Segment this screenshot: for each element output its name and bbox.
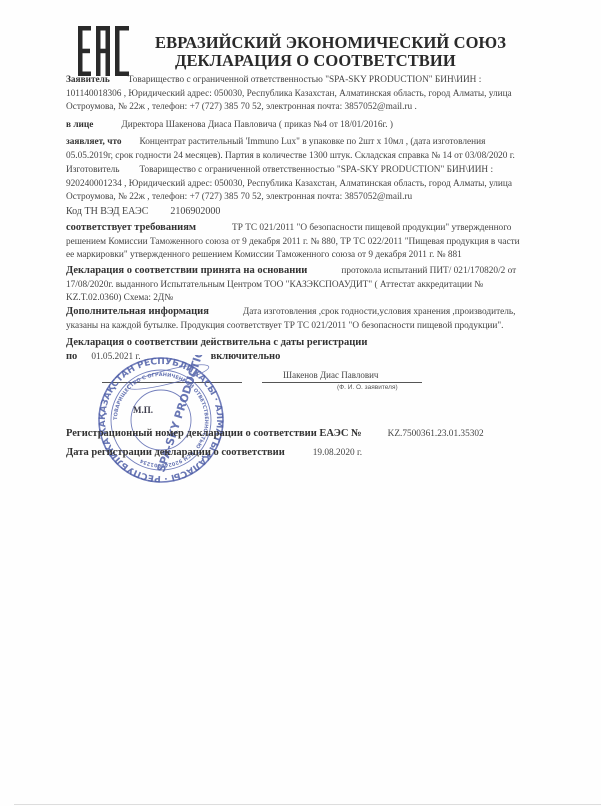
basis-label: Декларация о соответствии принята на осн…: [66, 265, 307, 276]
applicant-section: ЗаявительТоварищество с ограниченной отв…: [66, 74, 586, 115]
page-bottom-edge: [14, 804, 601, 805]
eac-mark-icon: [78, 26, 130, 76]
signer-caption: (Ф. И. О. заявителя): [337, 384, 398, 391]
header-declaration-title: ДЕКЛАРАЦИЯ О СООТВЕТСТВИИ: [155, 52, 506, 70]
represented-by-text: Директора Шакенова Диаса Павловича ( при…: [121, 120, 393, 130]
additional-info-section: Дополнительная информацияДата изготовлен…: [66, 305, 586, 333]
hs-code-section: Код ТН ВЭД ЕАЭС2106902000: [66, 205, 586, 219]
manufacturer-line-2: 920240001234 , Юридический адрес: 050030…: [66, 178, 586, 192]
basis-line-1: протокола испытаний ПИТ/ 021/170820/2 от: [341, 266, 516, 276]
declaration-page: ЕВРАЗИЙСКИЙ ЭКОНОМИЧЕСКИЙ СОЮЗ ДЕКЛАРАЦИ…: [0, 0, 601, 806]
applicant-label: Заявитель: [66, 75, 110, 85]
registration-date-label: Дата регистрации декларации о соответств…: [66, 447, 285, 458]
requirements-section: соответствует требованиямТР ТС 021/2011 …: [66, 221, 586, 263]
manufacturer-line-3: Остроумова, № 22ж , телефон: +7 (727) 38…: [66, 191, 586, 205]
applicant-line-1: Товарищество с ограниченной ответственно…: [128, 75, 482, 85]
document-header: ЕВРАЗИЙСКИЙ ЭКОНОМИЧЕСКИЙ СОЮЗ ДЕКЛАРАЦИ…: [155, 34, 506, 70]
represented-by-section: в лицеДиректора Шакенова Диаса Павловича…: [66, 119, 586, 133]
applicant-line-3: Остроумова, № 22ж , телефон: +7 (727) 38…: [66, 101, 586, 115]
represented-by-label: в лице: [66, 120, 93, 130]
validity-label: Декларация о соответствии действительна …: [66, 336, 586, 350]
registration-number-section: Регистрационный номер декларации о соотв…: [66, 427, 586, 442]
requirements-label: соответствует требованиям: [66, 222, 196, 233]
declares-line-1: Концентрат растительный 'Immuno Lux" в у…: [140, 137, 486, 147]
registration-number-value: KZ.7500361.23.01.35302: [388, 429, 484, 439]
declares-section: заявляет, чтоКонцентрат растительный 'Im…: [66, 136, 586, 163]
additional-info-label: Дополнительная информация: [66, 306, 209, 317]
requirements-line-2: решением Комиссии Таможенного союза от 9…: [66, 236, 586, 250]
basis-section: Декларация о соответствии принята на осн…: [66, 264, 586, 306]
seal-placeholder-label: М.П.: [133, 405, 153, 415]
validity-to-label: по: [66, 351, 77, 362]
additional-info-line-1: Дата изготовления ,срок годности,условия…: [243, 307, 516, 317]
manufacturer-section: ИзготовительТоварищество с ограниченной …: [66, 164, 586, 205]
applicant-line-2: 101140018306 , Юридический адрес: 050030…: [66, 88, 586, 102]
basis-line-3: KZ.T.02.0360) Схема: 2Д№: [66, 292, 586, 306]
registration-date-section: Дата регистрации декларации о соответств…: [66, 446, 586, 461]
company-seal-icon: ҚАЗАҚСТАН РЕСПУБЛИКАСЫ · АЛМАТЫ ҚАЛАСЫ ·…: [96, 355, 226, 485]
header-union-title: ЕВРАЗИЙСКИЙ ЭКОНОМИЧЕСКИЙ СОЮЗ: [155, 34, 506, 52]
signer-name: Шакенов Диас Павлович: [283, 369, 443, 383]
declares-line-2: 05.05.2019г, срок годности 24 месяцев). …: [66, 150, 586, 164]
hs-code-value: 2106902000: [170, 206, 220, 217]
basis-line-2: 17/08/2020г. выданного Испытательным Цен…: [66, 279, 586, 293]
hs-code-label: Код ТН ВЭД ЕАЭС: [66, 206, 148, 217]
declares-label: заявляет, что: [66, 137, 122, 147]
requirements-line-1: ТР ТС 021/2011 "О безопасности пищевой п…: [232, 223, 511, 233]
registration-number-label: Регистрационный номер декларации о соотв…: [66, 428, 362, 439]
requirements-line-3: ее маркировки" утвержденного решением Ко…: [66, 249, 586, 263]
registration-date-value: 19.08.2020 г.: [313, 448, 362, 458]
manufacturer-label: Изготовитель: [66, 165, 120, 175]
additional-info-line-2: указаны на каждой бутылке. Продукция соо…: [66, 320, 586, 334]
manufacturer-line-1: Товарищество с ограниченной ответственно…: [140, 165, 494, 175]
